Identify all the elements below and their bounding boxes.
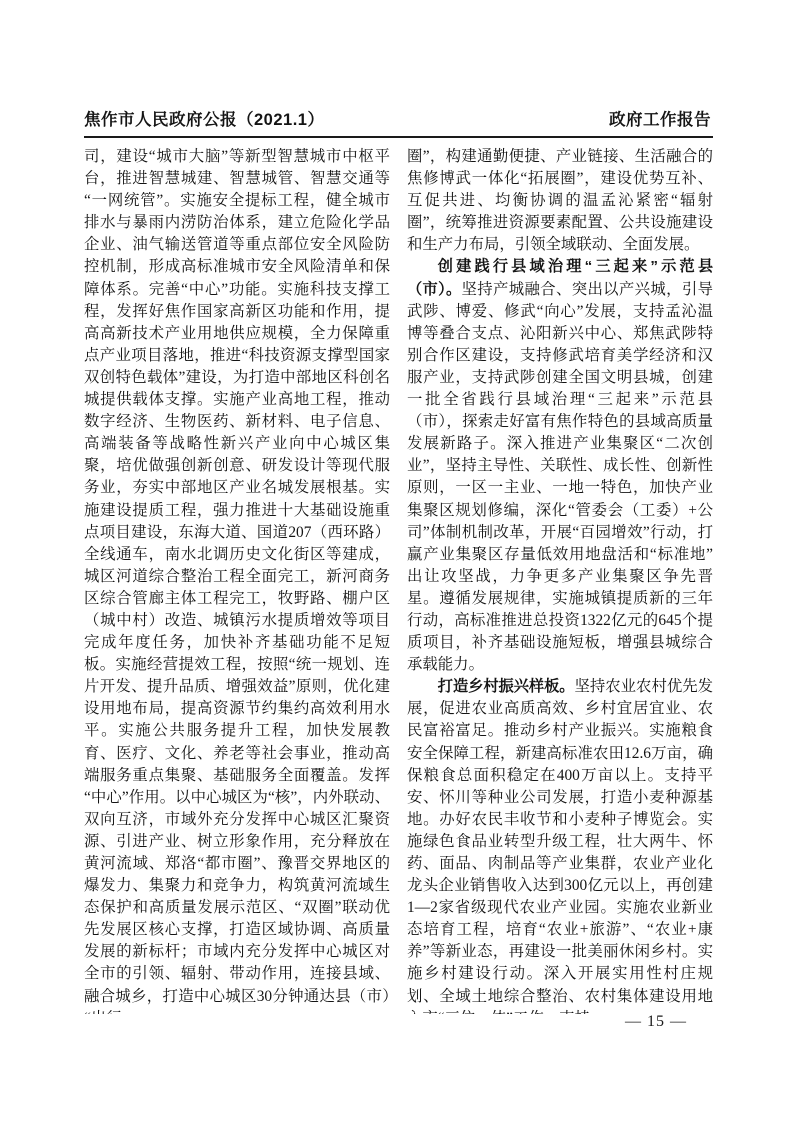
paragraph-rural-revitalization-heading: 打造乡村振兴样板。 xyxy=(438,678,575,695)
right-column: 圈”，构建通勤便捷、产业链接、生活融合的焦修博武一体化“拓展圈”，建设优势互补、… xyxy=(407,146,713,1014)
gazette-page: 焦作市人民政府公报（2021.1） 政府工作报告 司，建设“城市大脑”等新型智慧… xyxy=(0,0,793,1122)
right-column-continuation-paragraph: 圈”，构建通勤便捷、产业链接、生活融合的焦修博武一体化“拓展圈”，建设优势互补、… xyxy=(407,146,713,256)
page-header: 焦作市人民政府公报（2021.1） 政府工作报告 xyxy=(84,106,711,130)
paragraph-rural-revitalization-body: 坚持农业农村优先发展，促进农业高质高效、乡村宜居宜业、农民富裕富足。推动乡村产业… xyxy=(407,678,713,1014)
page-number: — 15 — xyxy=(596,1013,716,1031)
left-column: 司，建设“城市大脑”等新型智慧城市中枢平台，推进智慧城建、智慧城管、智慧交通等“… xyxy=(84,146,390,1014)
paragraph-rural-revitalization: 打造乡村振兴样板。坚持农业农村优先发展，促进农业高质高效、乡村宜居宜业、农民富裕… xyxy=(407,676,713,1014)
left-column-continuation-paragraph: 司，建设“城市大脑”等新型智慧城市中枢平台，推进智慧城建、智慧城管、智慧交通等“… xyxy=(84,146,390,1014)
header-divider-line xyxy=(84,136,713,138)
body-columns: 司，建设“城市大脑”等新型智慧城市中枢平台，推进智慧城建、智慧城管、智慧交通等“… xyxy=(84,146,713,1014)
header-section-title: 政府工作报告 xyxy=(609,106,711,130)
paragraph-county-governance: 创建践行县域治理“三起来”示范县（市）。坚持产城融合、突出以产兴城，引导武陟、博… xyxy=(407,256,713,676)
paragraph-county-governance-body: 坚持产城融合、突出以产兴城，引导武陟、博爱、修武“向心”发展，支持孟沁温博等叠合… xyxy=(407,281,713,674)
header-publication-title: 焦作市人民政府公报（2021.1） xyxy=(84,106,324,130)
